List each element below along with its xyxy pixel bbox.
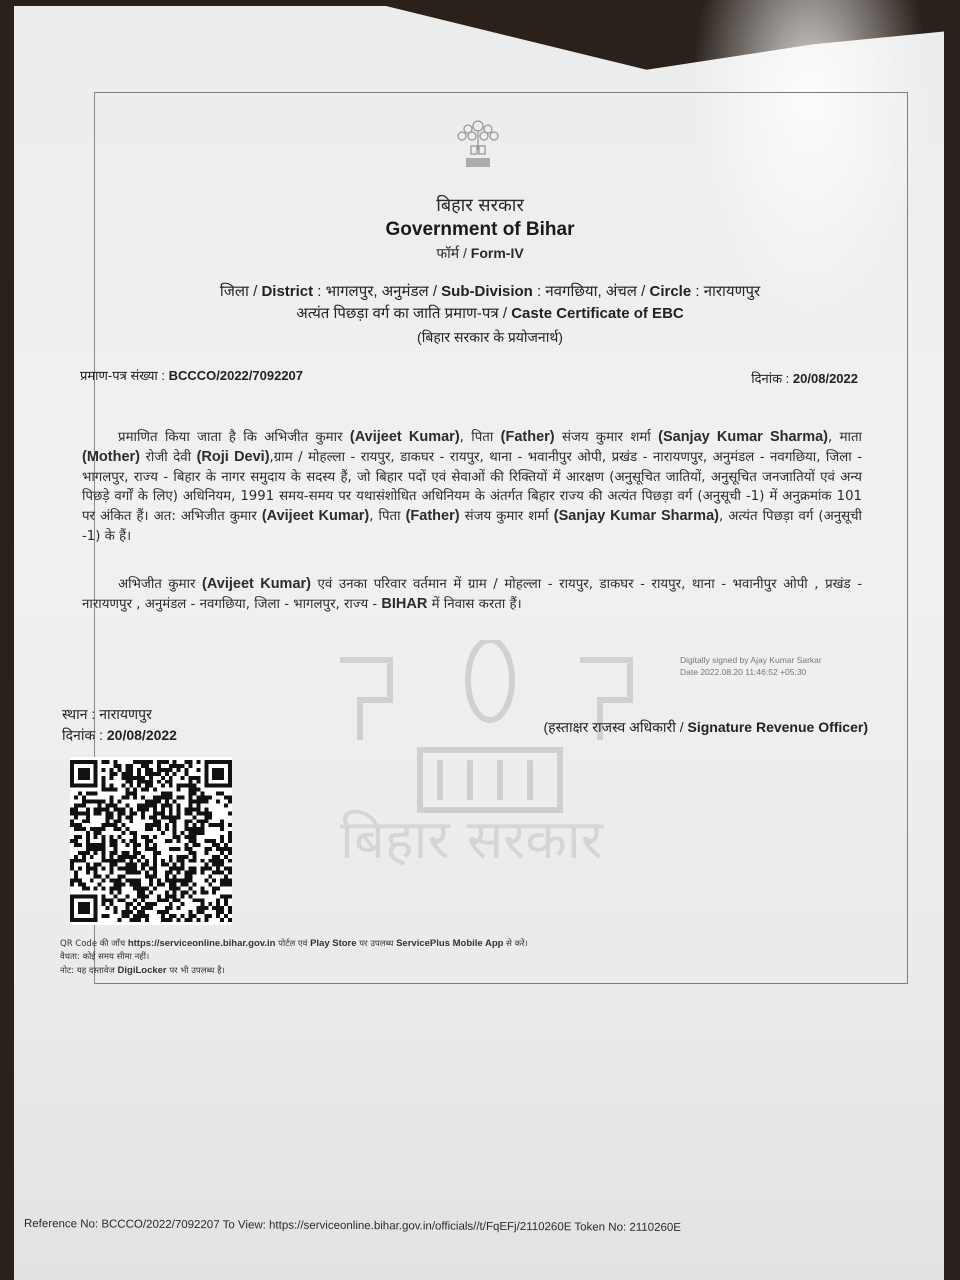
issue-date-field: दिनांक : 20/08/2022 xyxy=(62,726,177,745)
residence-paragraph: अभिजीत कुमार (Avijeet Kumar) एवं उनका पर… xyxy=(82,575,862,615)
certificate-date: दिनांक : 20/08/2022 xyxy=(751,369,858,387)
certificate-purpose: (बिहार सरकार के प्रयोजनार्थ) xyxy=(160,328,820,347)
bihar-govt-emblem-icon xyxy=(438,116,518,172)
location-line: जिला / District : भागलपुर, अनुमंडल / Sub… xyxy=(160,281,820,301)
certification-paragraph: प्रमाणित किया जाता है कि अभिजीत कुमार (A… xyxy=(82,428,862,547)
title-english: Government of Bihar xyxy=(0,219,960,241)
watermark-text: बिहार सरकार xyxy=(340,800,603,874)
verification-notes: QR Code की जाँच https://serviceonline.bi… xyxy=(60,937,528,978)
digilocker-note: नोट: यह दस्तावेज DigiLocker पर भी उपलब्ध… xyxy=(60,964,528,978)
qr-verification-note: QR Code की जाँच https://serviceonline.bi… xyxy=(60,937,528,951)
signature-revenue-officer: (हस्ताक्षर राजस्व अधिकारी / Signature Re… xyxy=(544,718,869,737)
certificate-number: प्रमाण-पत्र संख्या : BCCCO/2022/7092207 xyxy=(80,366,303,384)
qr-code-icon[interactable] xyxy=(70,757,232,925)
certificate-title: अत्यंत पिछड़ा वर्ग का जाति प्रमाण-पत्र /… xyxy=(160,303,820,323)
form-label: फॉर्म / Form-IV xyxy=(0,244,960,263)
place-field: स्थान : नारायणपुर xyxy=(62,705,152,724)
title-hindi: बिहार सरकार xyxy=(0,193,960,217)
validity-note: वैधता: कोई समय सीमा नहीं। xyxy=(60,951,528,964)
digital-signature: Digitally signed by Ajay Kumar Sarkar Da… xyxy=(680,654,822,678)
